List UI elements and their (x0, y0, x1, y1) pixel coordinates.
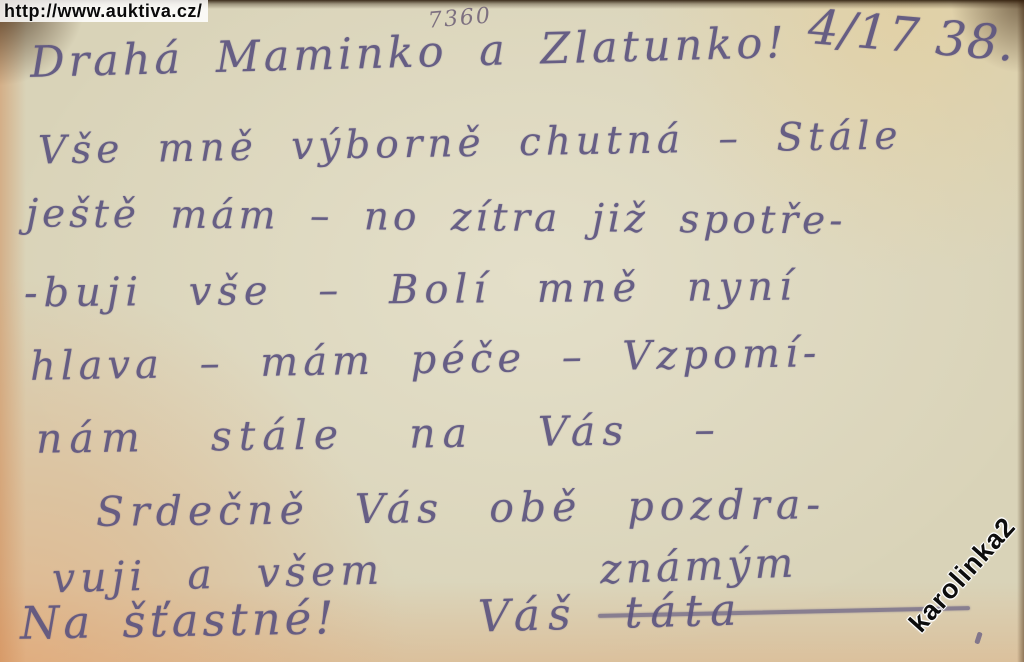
handwriting-line: -buji vše – Bolí mně nyní (24, 267, 798, 314)
handwriting-line: hlava – mám péče – Vzpomí- (30, 333, 822, 387)
handwriting-line: Srdečně Vás obě pozdra- (96, 484, 827, 533)
handwriting-line: ještě mám – no zítra již spotře- (26, 194, 847, 240)
ink-mark (974, 632, 982, 645)
auction-url-watermark: http://www.auktiva.cz/ (0, 0, 208, 22)
handwriting-word-znamym: známým (599, 543, 798, 591)
handwriting-date: 4/17 38. (806, 3, 1017, 69)
postcard-scan: http://www.auktiva.cz/ 7360 Drahá Mamink… (0, 0, 1024, 662)
handwriting-line: nám stále na Vás – (36, 409, 722, 460)
handwriting-line-salutation: Drahá Maminko a Zlatunko! (30, 22, 789, 85)
seller-watermark: karolinka2 (903, 511, 1022, 638)
handwriting-line-closing: Na šťastné! (20, 595, 338, 646)
handwriting-line: Vše mně výborně chutná – Stále (38, 116, 903, 170)
